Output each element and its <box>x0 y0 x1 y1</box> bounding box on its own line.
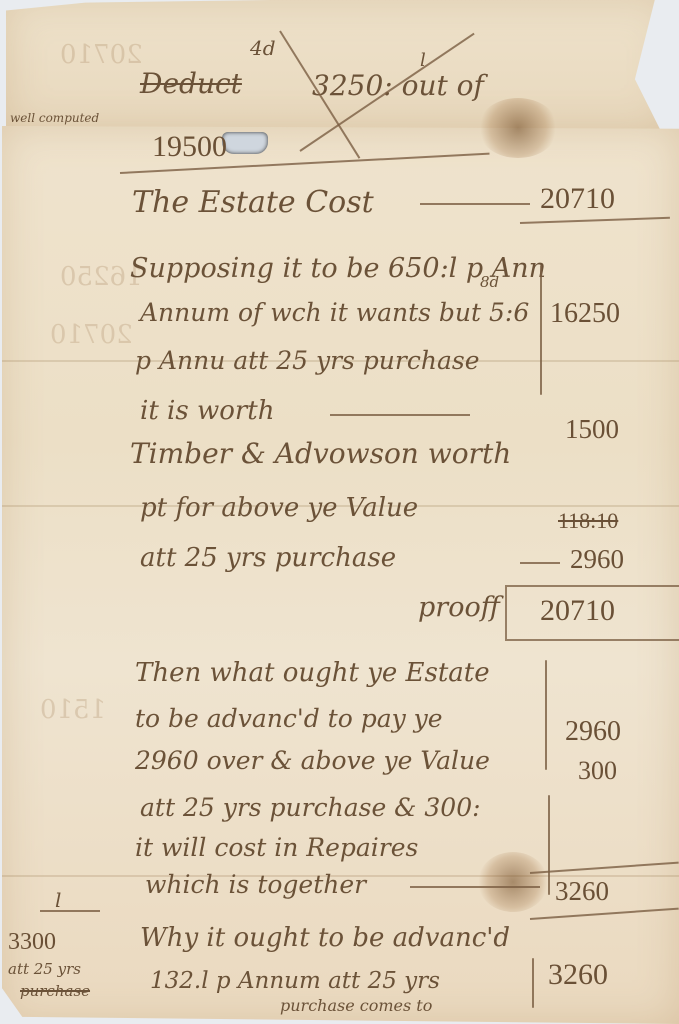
line-pt-for-above: pt for above ye Value <box>140 495 418 521</box>
bracket <box>540 265 542 395</box>
leader-rule <box>520 562 560 564</box>
margin-total: 3300 <box>8 930 56 954</box>
amount-struck: 118:10 <box>558 510 618 532</box>
line-att-25: att 25 yrs purchase <box>140 545 396 571</box>
amount-timber: 1500 <box>565 416 619 443</box>
line-proof: prooff <box>418 594 500 621</box>
ink-stain <box>478 852 548 912</box>
line-together: which is together <box>145 872 366 897</box>
line-why: Why it ought to be advanc'd <box>140 925 510 951</box>
line-timber: Timber & Advowson worth <box>130 440 511 468</box>
amount-footer: 3260 <box>548 960 608 990</box>
amount-proof: 20710 <box>540 596 615 626</box>
bracket <box>545 660 547 770</box>
bleed-through-text: 1510 <box>40 695 106 725</box>
amount-annum: 16250 <box>550 300 620 328</box>
amount-estate-cost: 20710 <box>540 184 615 214</box>
paper-hole <box>222 132 268 154</box>
manuscript-sheet: 20710 16250 20710 1510 well computed 4d … <box>0 0 679 1024</box>
superscript-note: 4d <box>250 38 276 58</box>
bracket <box>548 795 550 895</box>
line-p-annum: p Annu att 25 yrs purchase <box>135 348 480 373</box>
margin-note: att 25 yrs <box>8 962 81 977</box>
amount-att-25: 2960 <box>570 546 624 573</box>
leader-rule <box>420 203 530 205</box>
line-to-be-advanced: to be advanc'd to pay ye <box>135 706 443 731</box>
amount-advanced: 2960 <box>565 718 621 746</box>
leader-rule <box>330 414 470 416</box>
line-is-worth: it is worth <box>140 398 274 424</box>
line-purchase: purchase comes to <box>280 998 432 1014</box>
line-annum: 132.l p Annum att 25 yrs <box>150 970 440 993</box>
from-total: 19500 <box>152 132 227 162</box>
amount-together: 3260 <box>555 878 609 905</box>
leader-rule <box>410 886 540 888</box>
line-repairs: it will cost in Repaires <box>135 835 418 860</box>
line-over-above: 2960 over & above ye Value <box>135 748 490 773</box>
pound-sign: l <box>55 890 61 910</box>
marginal-note: well computed <box>10 112 99 124</box>
bleed-through-text: 20710 <box>60 40 143 70</box>
bracket <box>532 958 534 1008</box>
line-estate-cost: The Estate Cost <box>132 188 374 218</box>
struck-word: Deduct <box>140 70 242 98</box>
superscript-note: 8d <box>480 275 499 290</box>
margin-note: purchase <box>20 984 90 999</box>
line-then-what: Then what ought ye Estate <box>135 660 490 686</box>
amount-over-above: 300 <box>578 758 617 784</box>
line-att-25-300: att 25 yrs purchase & 300: <box>140 795 481 820</box>
ink-stain <box>478 98 558 158</box>
bleed-through-text: 20710 <box>50 320 133 350</box>
leader-rule <box>40 910 100 912</box>
line-annum-of: Annum of wch it wants but 5:6 <box>140 300 529 325</box>
